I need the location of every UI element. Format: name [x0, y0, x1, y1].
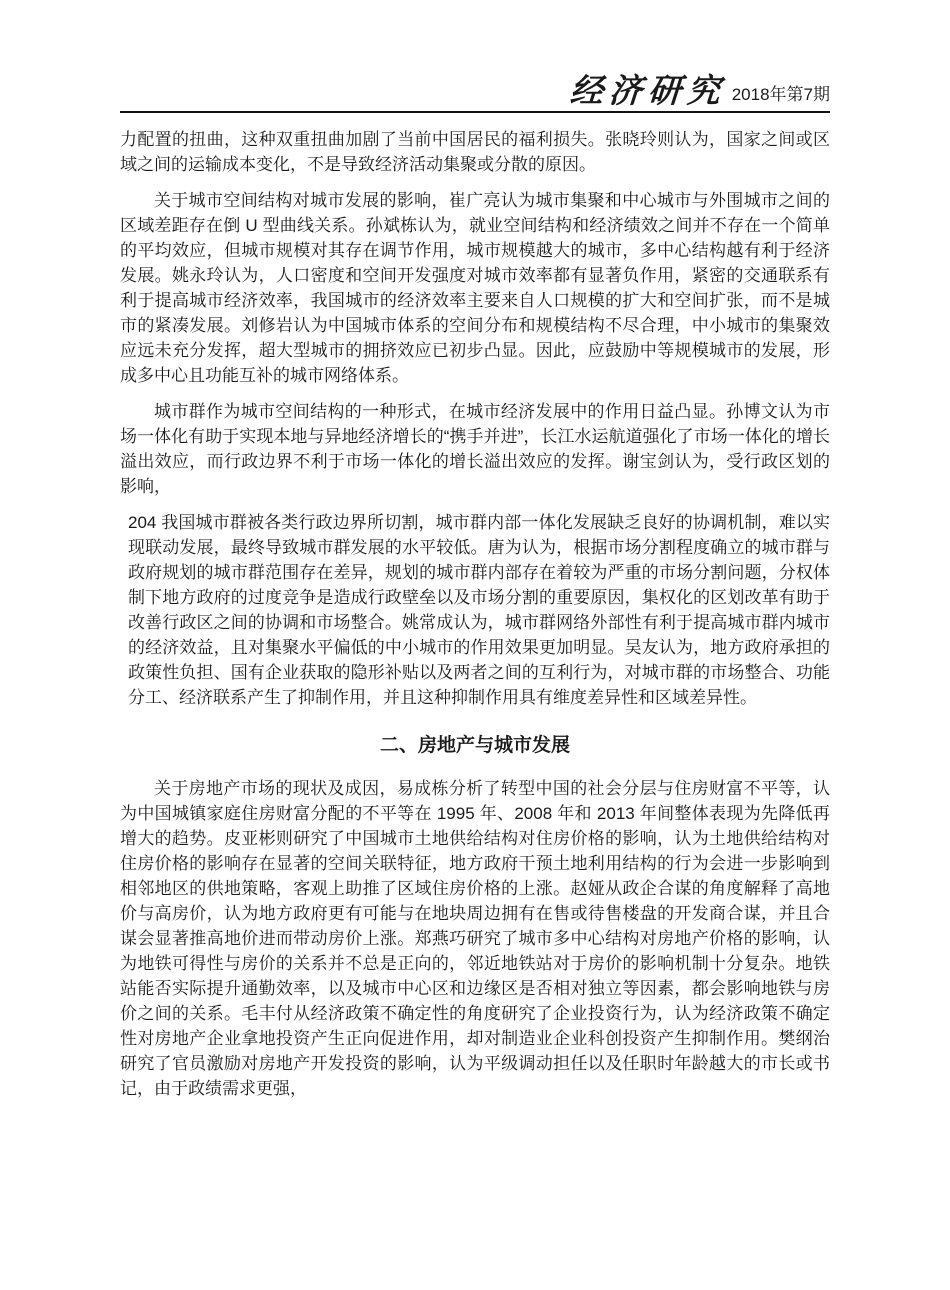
- document-body: 力配置的扭曲，这种双重扭曲加剧了当前中国居民的福利损失。张晓玲则认为，国家之间或…: [120, 127, 830, 1101]
- paragraph-real-estate-market: 关于房地产市场的现状及成因，易成栋分析了转型中国的社会分层与住房财富不平等，认为…: [120, 776, 830, 1101]
- page-sheet: 经济研究 2018年第7期 力配置的扭曲，这种双重扭曲加剧了当前中国居民的福利损…: [120, 0, 830, 1101]
- journal-logo: 经济研究: [569, 74, 727, 107]
- journal-header: 经济研究 2018年第7期: [120, 74, 830, 113]
- paragraph-city-clusters-continued-page204: 204 我国城市群被各类行政边界所切割，城市群内部一体化发展缺乏良好的协调机制，…: [120, 510, 830, 710]
- paragraph-continuation: 力配置的扭曲，这种双重扭曲加剧了当前中国居民的福利损失。张晓玲则认为，国家之间或…: [120, 127, 830, 177]
- section-heading-real-estate: 二、房地产与城市发展: [120, 733, 830, 759]
- paragraph-city-clusters: 城市群作为城市空间结构的一种形式，在城市经济发展中的作用日益凸显。孙博文认为市场…: [120, 399, 830, 499]
- document-page: { "colors": { "background": "#ffffff", "…: [0, 0, 950, 1290]
- issue-label: 2018年第7期: [732, 83, 830, 107]
- paragraph-urban-spatial-structure: 关于城市空间结构对城市发展的影响，崔广亮认为城市集聚和中心城市与外围城市之间的区…: [120, 188, 830, 388]
